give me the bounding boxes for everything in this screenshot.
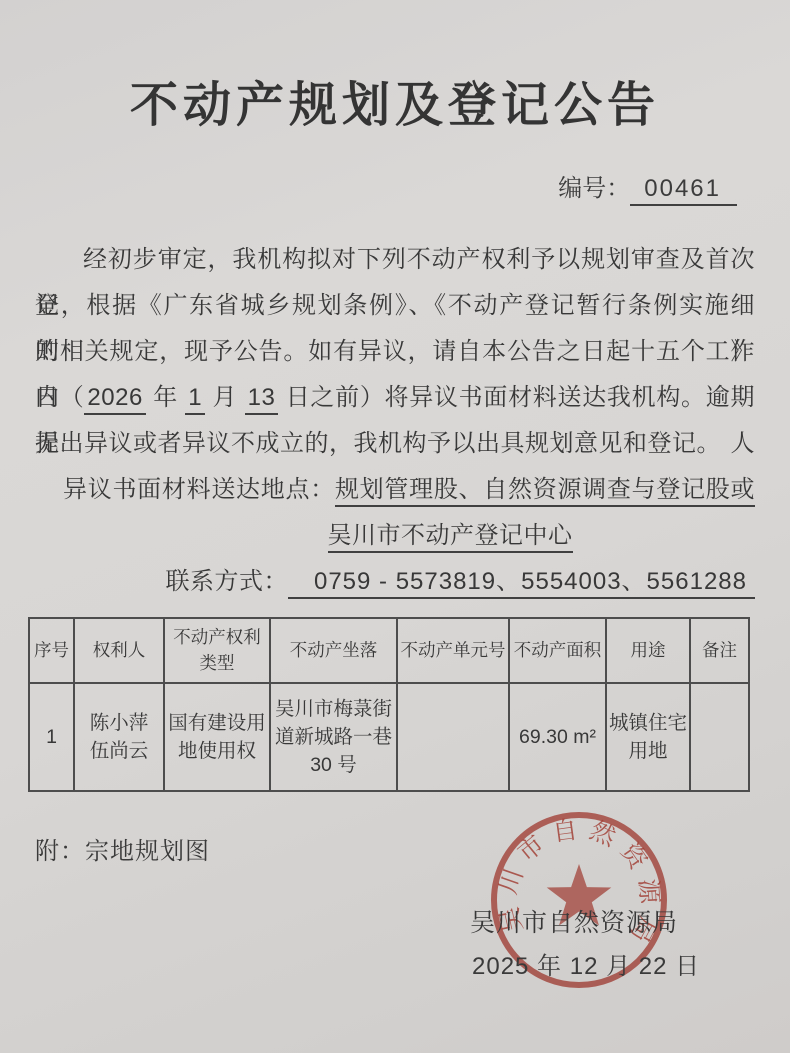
col-header-owner: 权利人: [74, 618, 164, 683]
body-line-2: 记，根据《广东省城乡规划条例》、《不动产登记暂行条例实施细则》: [35, 283, 755, 329]
announcement-body: 经初步审定，我机构拟对下列不动产权利予以规划审查及首次登 记，根据《广东省城乡规…: [35, 237, 755, 605]
deadline-sep-1: 年: [146, 384, 185, 411]
contact-label: 联系方式：: [165, 568, 288, 595]
page-title: 不动产规划及登记公告: [0, 66, 790, 135]
issue-date: 2025 年 12 月 22 日: [472, 946, 700, 981]
serial-value: 00461: [630, 175, 737, 206]
delivery-label: 异议书面材料送达地点：: [63, 476, 335, 503]
deadline-pre: 内（: [35, 384, 84, 411]
body-line-4: 内（2026 年 1 月 13 日之前）将异议书面材料送达我机构。逾期无人: [35, 375, 755, 421]
delivery-location-1: 规划管理股、自然资源调查与登记股或: [335, 476, 755, 507]
col-header-area: 不动产面积: [509, 618, 606, 683]
cell-location: 吴川市梅菉街道新城路一巷30 号: [270, 683, 397, 791]
table-row: 1 陈小萍 伍尚云 国有建设用地使用权 吴川市梅菉街道新城路一巷30 号 69.…: [29, 683, 749, 791]
announcement-document: 不动产规划及登记公告 编号：00461 经初步审定，我机构拟对下列不动产权利予以…: [0, 0, 790, 1053]
col-header-usage: 用途: [606, 618, 690, 683]
contact-phone-numbers: 0759 - 5573819、5554003、5561288: [288, 568, 755, 599]
cell-remark: [690, 683, 749, 791]
contact-line: 联系方式：0759 - 5573819、5554003、5561288: [35, 559, 755, 605]
delivery-address-line: 异议书面材料送达地点：规划管理股、自然资源调查与登记股或: [35, 467, 755, 513]
deadline-year: 2026: [84, 384, 145, 415]
body-line-1: 经初步审定，我机构拟对下列不动产权利予以规划审查及首次登: [35, 237, 755, 283]
cell-usage: 城镇住宅用地: [606, 683, 690, 791]
cell-area: 69.30 m²: [509, 683, 606, 791]
deadline-month: 1: [185, 384, 205, 415]
cell-seq: 1: [29, 683, 74, 791]
serial-label: 编号：: [558, 175, 630, 202]
col-header-remark: 备注: [690, 618, 749, 683]
delivery-address-line-2: 吴川市不动产登记中心: [35, 513, 755, 559]
delivery-location-2: 吴川市不动产登记中心: [328, 522, 573, 553]
table-header-row: 序号 权利人 不动产权利类型 不动产坐落 不动产单元号 不动产面积 用途 备注: [29, 618, 749, 683]
col-header-unit-no: 不动产单元号: [397, 618, 509, 683]
serial-number-line: 编号：00461: [558, 168, 737, 203]
body-line-5: 提出异议或者异议不成立的，我机构予以出具规划意见和登记。: [35, 421, 755, 467]
deadline-day: 13: [245, 384, 279, 415]
col-header-seq: 序号: [29, 618, 74, 683]
col-header-location: 不动产坐落: [270, 618, 397, 683]
body-line-3: 的相关规定，现予公告。如有异议，请自本公告之日起十五个工作日: [35, 329, 755, 375]
cell-unit-no: [397, 683, 509, 791]
col-header-right-type: 不动产权利类型: [164, 618, 270, 683]
attachment-note: 附：宗地规划图: [35, 831, 210, 866]
issuing-org-name: 吴川市自然资源局: [470, 903, 678, 939]
deadline-sep-2: 月: [205, 384, 244, 411]
parcel-table: 序号 权利人 不动产权利类型 不动产坐落 不动产单元号 不动产面积 用途 备注 …: [28, 617, 750, 792]
cell-owner: 陈小萍 伍尚云: [74, 683, 164, 791]
cell-right-type: 国有建设用地使用权: [164, 683, 270, 791]
